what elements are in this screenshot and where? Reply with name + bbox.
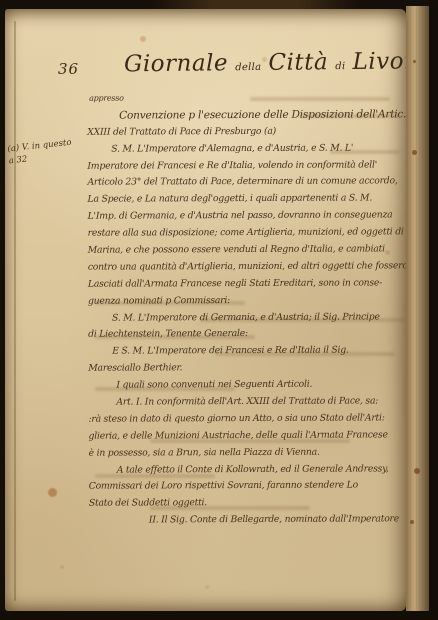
manuscript-line: Convenzione p l'esecuzione delle Disposi… xyxy=(87,106,409,124)
manuscript-line: restare alla sua disposizione; come Arti… xyxy=(88,224,410,242)
foxing-spot xyxy=(140,36,146,42)
page-number: 36 xyxy=(58,60,79,78)
journal-title: Giornale della Città di Livorno xyxy=(124,49,384,78)
manuscript-line: XXIII del Trattato di Pace di Presburgo … xyxy=(87,123,409,141)
foxing-spot xyxy=(48,488,57,497)
manuscript-line: :rà steso in dato di questo giorno un At… xyxy=(88,410,410,428)
scan-frame-bottom xyxy=(0,611,438,620)
manuscript-line: glieria, e delle Munizioni Austriache, d… xyxy=(89,427,411,445)
manuscript-line: E S. M. L'Imperatore dei Francesi e Re d… xyxy=(88,343,410,361)
fore-edge-speck xyxy=(413,60,416,63)
manuscript-line: L'Imp. di Germania, e d'Austria nel pass… xyxy=(88,208,410,226)
scan-frame-right xyxy=(429,0,438,620)
fore-edge-speck xyxy=(414,468,420,474)
manuscript-line: di Liechtenstein, Tenente Generale: xyxy=(88,326,410,344)
book-fore-edge xyxy=(406,6,429,614)
manuscript-line: S. M. L'Imperatore d'Alemagna, e d'Austr… xyxy=(87,140,409,158)
title-word: Giornale xyxy=(124,50,228,77)
manuscript-line: Lasciati dall'Armata Francese negli Stat… xyxy=(88,275,410,293)
manuscript-line: Art. I. In conformità dell'Art. XXIII de… xyxy=(88,393,410,411)
manuscript-line: è in possesso, sia a Brun, sia nella Pia… xyxy=(89,444,411,462)
manuscript-line: Marina, e che possono essere venduti al … xyxy=(88,241,410,259)
manuscript-line: Stato dei Suddetti oggetti. xyxy=(89,495,411,513)
fore-edge-speck xyxy=(410,520,414,524)
manuscript-line: Commissari dei Loro rispettivi Sovrani, … xyxy=(89,478,411,496)
title-word: di xyxy=(335,61,345,72)
title-word: della xyxy=(235,62,261,73)
manuscript-scan: 36 Giornale della Città di Livorno (a) V… xyxy=(0,0,438,620)
manuscript-line: Articolo 23° del Trattato di Pace, deter… xyxy=(87,174,409,192)
fore-edge-speck xyxy=(412,150,417,155)
manuscript-line: Imperatore dei Francesi e Re d'Italia, v… xyxy=(87,157,409,175)
title-word: Città xyxy=(268,49,328,76)
manuscript-body: appresso Convenzione p l'esecuzione dell… xyxy=(87,89,411,530)
manuscript-line: guenza nominati p Commissari: xyxy=(88,292,410,310)
page-edge-line xyxy=(14,21,16,601)
foxing-spot xyxy=(205,585,209,589)
manuscript-line: appresso xyxy=(87,89,409,107)
manuscript-line: contro una quantità d'Artiglieria, muniz… xyxy=(88,258,410,276)
manuscript-line: La Specie, e La natura degl'oggetti, i q… xyxy=(87,191,409,209)
manuscript-line: Maresciallo Berthier. xyxy=(88,360,410,378)
foxing-spot xyxy=(60,565,64,569)
binding-shadow xyxy=(150,0,360,9)
manuscript-line: II. Il Sig. Conte di Bellegarde, nominat… xyxy=(89,512,411,530)
manuscript-line: I quali sono convenuti nei Seguenti Arti… xyxy=(88,376,410,394)
manuscript-line: A tale effetto il Conte di Kollowrath, e… xyxy=(89,461,411,479)
manuscript-line: S. M. L'Imperatore di Germania, e d'Aust… xyxy=(88,309,410,327)
